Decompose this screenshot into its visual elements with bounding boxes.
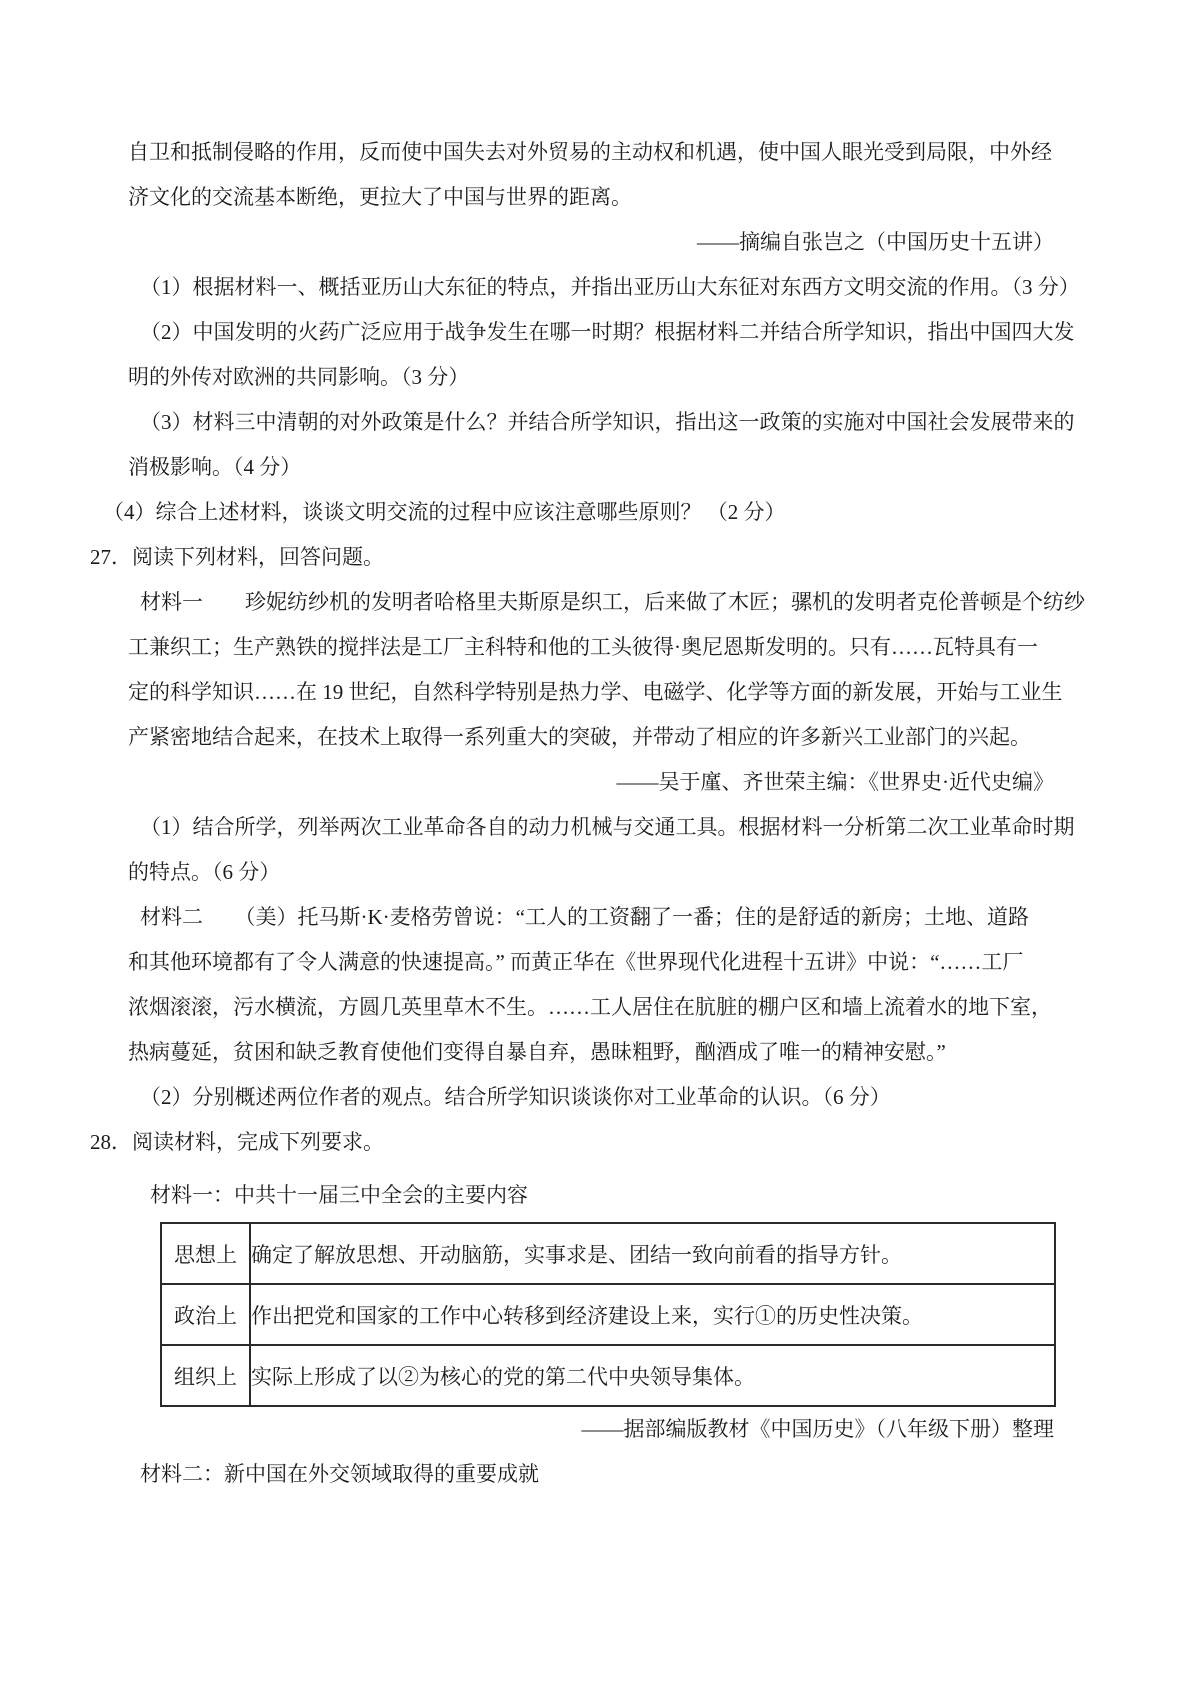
q26-subquestion-2-line-1: （2）中国发明的火药广泛应用于战争发生在哪一时期？根据材料二并结合所学知识，指出… (128, 310, 1054, 355)
q26-subquestion-4: （4）综合上述材料，谈谈文明交流的过程中应该注意哪些原则？ （2 分） (103, 490, 1054, 535)
q27-material1-line-3: 定的科学知识……在 19 世纪，自然科学特别是热力学、电磁学、化学等方面的新发展… (128, 670, 1054, 715)
table-row-organization: 组织上 实际上形成了以②为核心的党的第二代中央领导集体。 (161, 1345, 1055, 1406)
q28-material2-heading: 材料二：新中国在外交领域取得的重要成就 (128, 1452, 1054, 1497)
q26-subquestion-3-line-1: （3）材料三中清朝的对外政策是什么？并结合所学知识，指出这一政策的实施对中国社会… (128, 400, 1054, 445)
q27-material1-line-4: 产紧密地结合起来，在技术上取得一系列重大的突破，并带动了相应的许多新兴工业部门的… (128, 715, 1054, 760)
q26-subquestion-2-line-2: 明的外传对欧洲的共同影响。（3 分） (128, 355, 1054, 400)
q28-material1-heading: 材料一：中共十一届三中全会的主要内容 (128, 1173, 1054, 1218)
q27-subquestion-1-line-1: （1）结合所学，列举两次工业革命各自的动力机械与交通工具。根据材料一分析第二次工… (128, 805, 1054, 850)
material3-attribution: ——摘编自张岂之（中国历史十五讲） (128, 220, 1054, 265)
q27-material1-attribution: ——吴于廑、齐世荣主编：《世界史·近代史编》 (128, 760, 1054, 805)
q27-subquestion-2: （2）分别概述两位作者的观点。结合所学知识谈谈你对工业革命的认识。（6 分） (128, 1075, 1054, 1120)
q27-heading: 27．阅读下列材料，回答问题。 (90, 535, 1054, 580)
table-row-thought: 思想上 确定了解放思想、开动脑筋，实事求是、团结一致向前看的指导方针。 (161, 1223, 1055, 1284)
q27-material2-line-2: 和其他环境都有了令人满意的快速提高。” 而黄正华在《世界现代化进程十五讲》中说：… (128, 940, 1054, 985)
q27-material2-line-4: 热病蔓延，贫困和缺乏教育使他们变得自暴自弃，愚昧粗野，酗酒成了唯一的精神安慰。” (128, 1030, 1054, 1075)
q28-table-attribution: ——据部编版教材《中国历史》（八年级下册）整理 (128, 1407, 1054, 1452)
exam-text-block: 自卫和抵制侵略的作用，反而使中国失去对外贸易的主动权和机遇，使中国人眼光受到局限… (0, 0, 1191, 1497)
table-cell-aspect: 组织上 (161, 1345, 250, 1406)
table-cell-content: 确定了解放思想、开动脑筋，实事求是、团结一致向前看的指导方针。 (250, 1223, 1055, 1284)
q27-material1-line-1: 材料一 珍妮纺纱机的发明者哈格里夫斯原是织工，后来做了木匠；骡机的发明者克伦普顿… (128, 580, 1054, 625)
q27-material2-line-1: 材料二 （美）托马斯·K·麦格劳曾说：“工人的工资翻了一番；住的是舒适的新房；土… (128, 895, 1054, 940)
exam-paper-page: 自卫和抵制侵略的作用，反而使中国失去对外贸易的主动权和机遇，使中国人眼光受到局限… (0, 0, 1191, 1684)
q28-material1-table: 思想上 确定了解放思想、开动脑筋，实事求是、团结一致向前看的指导方针。 政治上 … (160, 1222, 1056, 1407)
material3-text-line-2: 济文化的交流基本断绝，更拉大了中国与世界的距离。 (128, 175, 1054, 220)
q27-material2-line-3: 浓烟滚滚，污水横流，方圆几英里草木不生。……工人居住在肮脏的棚户区和墙上流着水的… (128, 985, 1054, 1030)
q27-material1-line-2: 工兼织工；生产熟铁的搅拌法是工厂主科特和他的工头彼得·奥尼恩斯发明的。只有……瓦… (128, 625, 1054, 670)
table-cell-content: 作出把党和国家的工作中心转移到经济建设上来，实行①的历史性决策。 (250, 1284, 1055, 1345)
q28-heading: 28．阅读材料，完成下列要求。 (90, 1120, 1054, 1165)
q26-subquestion-1: （1）根据材料一、概括亚历山大东征的特点，并指出亚历山大东征对东西方文明交流的作… (128, 265, 1054, 310)
table-cell-aspect: 政治上 (161, 1284, 250, 1345)
table-cell-content: 实际上形成了以②为核心的党的第二代中央领导集体。 (250, 1345, 1055, 1406)
table-cell-aspect: 思想上 (161, 1223, 250, 1284)
table-row-politics: 政治上 作出把党和国家的工作中心转移到经济建设上来，实行①的历史性决策。 (161, 1284, 1055, 1345)
q27-subquestion-1-line-2: 的特点。（6 分） (128, 850, 1054, 895)
material3-text-line-1: 自卫和抵制侵略的作用，反而使中国失去对外贸易的主动权和机遇，使中国人眼光受到局限… (128, 130, 1054, 175)
q26-subquestion-3-line-2: 消极影响。（4 分） (128, 445, 1054, 490)
